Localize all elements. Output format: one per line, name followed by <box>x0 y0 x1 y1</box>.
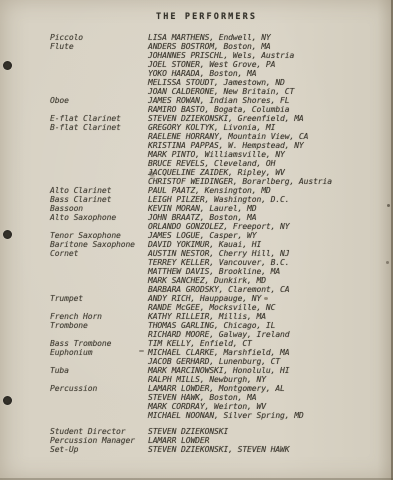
performer-row: TrumpetANDY RICH, Hauppauge, NY <box>0 294 393 303</box>
performer-row: TromboneTHOMAS GARLING, Chicago, IL <box>0 321 393 330</box>
performer-name: STEVEN DZIEKONSKI, Greenfield, MA <box>148 114 304 123</box>
performer-name: MICHAEL CLARKE, Marshfield, MA <box>148 348 290 357</box>
performer-row: Set-UpSTEVEN DZIEKONSKI, STEVEN HAWK <box>0 445 393 454</box>
performer-name: ANDY RICH, Hauppauge, NY <box>148 294 261 303</box>
performer-name: AUSTIN NESTOR, Cherry Hill, NJ <box>148 249 290 258</box>
performer-row: RAMIRO BASTO, Bogata, Columbia <box>0 105 393 114</box>
instrument-label: Euphonium <box>50 348 92 357</box>
instrument-label: Bass Trombone <box>50 339 111 348</box>
performer-list: PiccoloLISA MARTHENS, Endwell, NYFluteAN… <box>0 33 393 454</box>
performer-row: CornetAUSTIN NESTOR, Cherry Hill, NJ <box>0 249 393 258</box>
performer-row: Tenor SaxophoneJAMES LOGUE, Casper, WY <box>0 231 393 240</box>
performer-row: KRISTINA PAPPAS, W. Hempstead, NY <box>0 141 393 150</box>
performer-name: STEVEN HAWK, Boston, MA <box>148 393 256 402</box>
performer-name: MARK SANCHEZ, Dunkirk, MD <box>148 276 266 285</box>
performer-row: Alto SaxophoneJOHN BRAATZ, Boston, MA <box>0 213 393 222</box>
performer-name: BARBARA GRODSKY, Claremont, CA <box>148 285 290 294</box>
performer-name: RANDE McGEE, Mocksville, NC <box>148 303 275 312</box>
performer-name: PAUL PAATZ, Kensington, MD <box>148 186 271 195</box>
performer-name: JOHANNES PRISCHL, Wels, Austria <box>148 51 294 60</box>
performer-name: JAMES ROWAN, Indian Shores, FL <box>148 96 290 105</box>
performer-row: E-flat ClarinetSTEVEN DZIEKONSKI, Greenf… <box>0 114 393 123</box>
performer-name: RAMIRO BASTO, Bogata, Columbia <box>148 105 290 114</box>
performer-row: Baritone SaxophoneDAVID YOKIMUR, Kauai, … <box>0 240 393 249</box>
performer-row: RALPH MILLS, Newburgh, NY <box>0 375 393 384</box>
performer-row: Alto ClarinetPAUL PAATZ, Kensington, MD <box>0 186 393 195</box>
performer-row: STEVEN HAWK, Boston, MA <box>0 393 393 402</box>
performer-row: TubaMARK MARCINOWSKI, Honolulu, HI <box>0 366 393 375</box>
performer-row: MARK PINTO, Williamsville, NY <box>0 150 393 159</box>
performer-name: TERREY KELLER, Vancouver, B.C. <box>148 258 290 267</box>
scanned-program-page: THE PERFORMERS PiccoloLISA MARTHENS, End… <box>0 0 393 480</box>
instrument-label: B-flat Clarinet <box>50 123 121 132</box>
performer-row: B-flat ClarinetGREGORY KOLTYK, Livonia, … <box>0 123 393 132</box>
performer-name: RAELENE HORRANY, Mountain View, CA <box>148 132 308 141</box>
instrument-label: Student Director <box>50 427 125 436</box>
performer-name: JAMES LOGUE, Casper, WY <box>148 231 256 240</box>
instrument-label: Percussion <box>50 384 97 393</box>
performer-name: TIM KELLY, Enfield, CT <box>148 339 252 348</box>
performer-row: MARK CORDRAY, Weirton, WV <box>0 402 393 411</box>
performer-row: Student DirectorSTEVEN DZIEKONSKI <box>0 427 393 436</box>
performer-row: JACOB GERHARD, Lunenburg, CT <box>0 357 393 366</box>
performer-rows: PiccoloLISA MARTHENS, Endwell, NYFluteAN… <box>0 33 393 420</box>
performer-name: STEVEN DZIEKONSKI <box>148 427 228 436</box>
performer-name: GREGORY KOLTYK, Livonia, MI <box>148 123 275 132</box>
performer-row: Bass TromboneTIM KELLY, Enfield, CT <box>0 339 393 348</box>
performer-name: THOMAS GARLING, Chicago, IL <box>148 321 275 330</box>
performer-row: PercussionLAMARR LOWDER, Montgomery, AL <box>0 384 393 393</box>
instrument-label: Tuba <box>50 366 69 375</box>
performer-row: EuphoniumMICHAEL CLARKE, Marshfield, MA <box>0 348 393 357</box>
performer-name: JOHN BRAATZ, Boston, MA <box>148 213 256 222</box>
instrument-label: Trumpet <box>50 294 83 303</box>
instrument-label: Tenor Saxophone <box>50 231 121 240</box>
performer-row: MARK SANCHEZ, Dunkirk, MD <box>0 276 393 285</box>
performer-row: BARBARA GRODSKY, Claremont, CA <box>0 285 393 294</box>
instrument-label: Set-Up <box>50 445 78 454</box>
instrument-label: E-flat Clarinet <box>50 114 121 123</box>
instrument-label: Percussion Manager <box>50 436 135 445</box>
performer-name: JACOB GERHARD, Lunenburg, CT <box>148 357 280 366</box>
performer-name: DAVID YOKIMUR, Kauai, HI <box>148 240 261 249</box>
performer-row: JOAN CALDERONE, New Britain, CT <box>0 87 393 96</box>
performer-row: BassoonKEVIN MORAN, Laurel, MD <box>0 204 393 213</box>
performer-row: MICHAEL NOONAN, Silver Spring, MD <box>0 411 393 420</box>
staff-rows: Student DirectorSTEVEN DZIEKONSKIPercuss… <box>0 427 393 454</box>
performer-name: ANDERS BOSTROM, Boston, MA <box>148 42 271 51</box>
performer-name: LISA MARTHENS, Endwell, NY <box>148 33 271 42</box>
performer-name: MARK PINTO, Williamsville, NY <box>148 150 285 159</box>
performer-row: OboeJAMES ROWAN, Indian Shores, FL <box>0 96 393 105</box>
instrument-label: Oboe <box>50 96 69 105</box>
performer-row: MELISSA STOUDT, Jamestown, ND <box>0 78 393 87</box>
performer-row: RANDE McGEE, Mocksville, NC <box>0 303 393 312</box>
performer-name: KEVIN MORAN, Laurel, MD <box>148 204 256 213</box>
performer-name: MELISSA STOUDT, Jamestown, ND <box>148 78 285 87</box>
performer-row: RAELENE HORRANY, Mountain View, CA <box>0 132 393 141</box>
performer-row: MATTHEW DAVIS, Brookline, MA <box>0 267 393 276</box>
performer-name: LAMARR LOWDER, Montgomery, AL <box>148 384 285 393</box>
performer-name: RALPH MILLS, Newburgh, NY <box>148 375 266 384</box>
performer-name: LAMARR LOWDER <box>148 436 209 445</box>
performer-name: MARK CORDRAY, Weirton, WV <box>148 402 266 411</box>
performer-name: STEVEN DZIEKONSKI, STEVEN HAWK <box>148 445 290 454</box>
instrument-label: Flute <box>50 42 74 51</box>
performer-name: ORLANDO GONZOLEZ, Freeport, NY <box>148 222 290 231</box>
performer-name: MARK MARCINOWSKI, Honolulu, HI <box>148 366 290 375</box>
performer-row: Bass ClarinetLEIGH PILZER, Washington, D… <box>0 195 393 204</box>
performer-row: TERREY KELLER, Vancouver, B.C. <box>0 258 393 267</box>
instrument-label: Bassoon <box>50 204 83 213</box>
performer-name: RICHARD MOORE, Galway, Ireland <box>148 330 290 339</box>
performer-row: YOKO HARADA, Boston, MA <box>0 69 393 78</box>
page-title: THE PERFORMERS <box>156 12 257 22</box>
performer-name: CHRISTOF WEIDINGER, Borarlberg, Austria <box>148 177 332 186</box>
performer-name: MATTHEW DAVIS, Brookline, MA <box>148 267 280 276</box>
performer-row: JOEL STONER, West Grove, PA <box>0 60 393 69</box>
performer-name: BRUCE REVELS, Cleveland, OH <box>148 159 275 168</box>
performer-row: PiccoloLISA MARTHENS, Endwell, NY <box>0 33 393 42</box>
performer-name: JOAN CALDERONE, New Britain, CT <box>148 87 294 96</box>
performer-row: BRUCE REVELS, Cleveland, OH <box>0 159 393 168</box>
performer-row: RICHARD MOORE, Galway, Ireland <box>0 330 393 339</box>
performer-row: ORLANDO GONZOLEZ, Freeport, NY <box>0 222 393 231</box>
performer-name: JOEL STONER, West Grove, PA <box>148 60 275 69</box>
performer-row: JACQUELINE ZAIDEK, Ripley, WV <box>0 168 393 177</box>
instrument-label: Piccolo <box>50 33 83 42</box>
performer-row: French HornKATHY RILLEIR, Millis, MA <box>0 312 393 321</box>
instrument-label: Trombone <box>50 321 88 330</box>
performer-name: YOKO HARADA, Boston, MA <box>148 69 256 78</box>
performer-name: MICHAEL NOONAN, Silver Spring, MD <box>148 411 304 420</box>
performer-name: JACQUELINE ZAIDEK, Ripley, WV <box>148 168 285 177</box>
performer-row: JOHANNES PRISCHL, Wels, Austria <box>0 51 393 60</box>
performer-row: CHRISTOF WEIDINGER, Borarlberg, Austria <box>0 177 393 186</box>
performer-name: KATHY RILLEIR, Millis, MA <box>148 312 266 321</box>
instrument-label: Alto Saxophone <box>50 213 116 222</box>
instrument-label: French Horn <box>50 312 102 321</box>
performer-name: LEIGH PILZER, Washington, D.C. <box>148 195 290 204</box>
performer-row: FluteANDERS BOSTROM, Boston, MA <box>0 42 393 51</box>
performer-row: Percussion ManagerLAMARR LOWDER <box>0 436 393 445</box>
instrument-label: Cornet <box>50 249 78 258</box>
instrument-label: Bass Clarinet <box>50 195 111 204</box>
performer-name: KRISTINA PAPPAS, W. Hempstead, NY <box>148 141 304 150</box>
instrument-label: Alto Clarinet <box>50 186 111 195</box>
instrument-label: Baritone Saxophone <box>50 240 135 249</box>
